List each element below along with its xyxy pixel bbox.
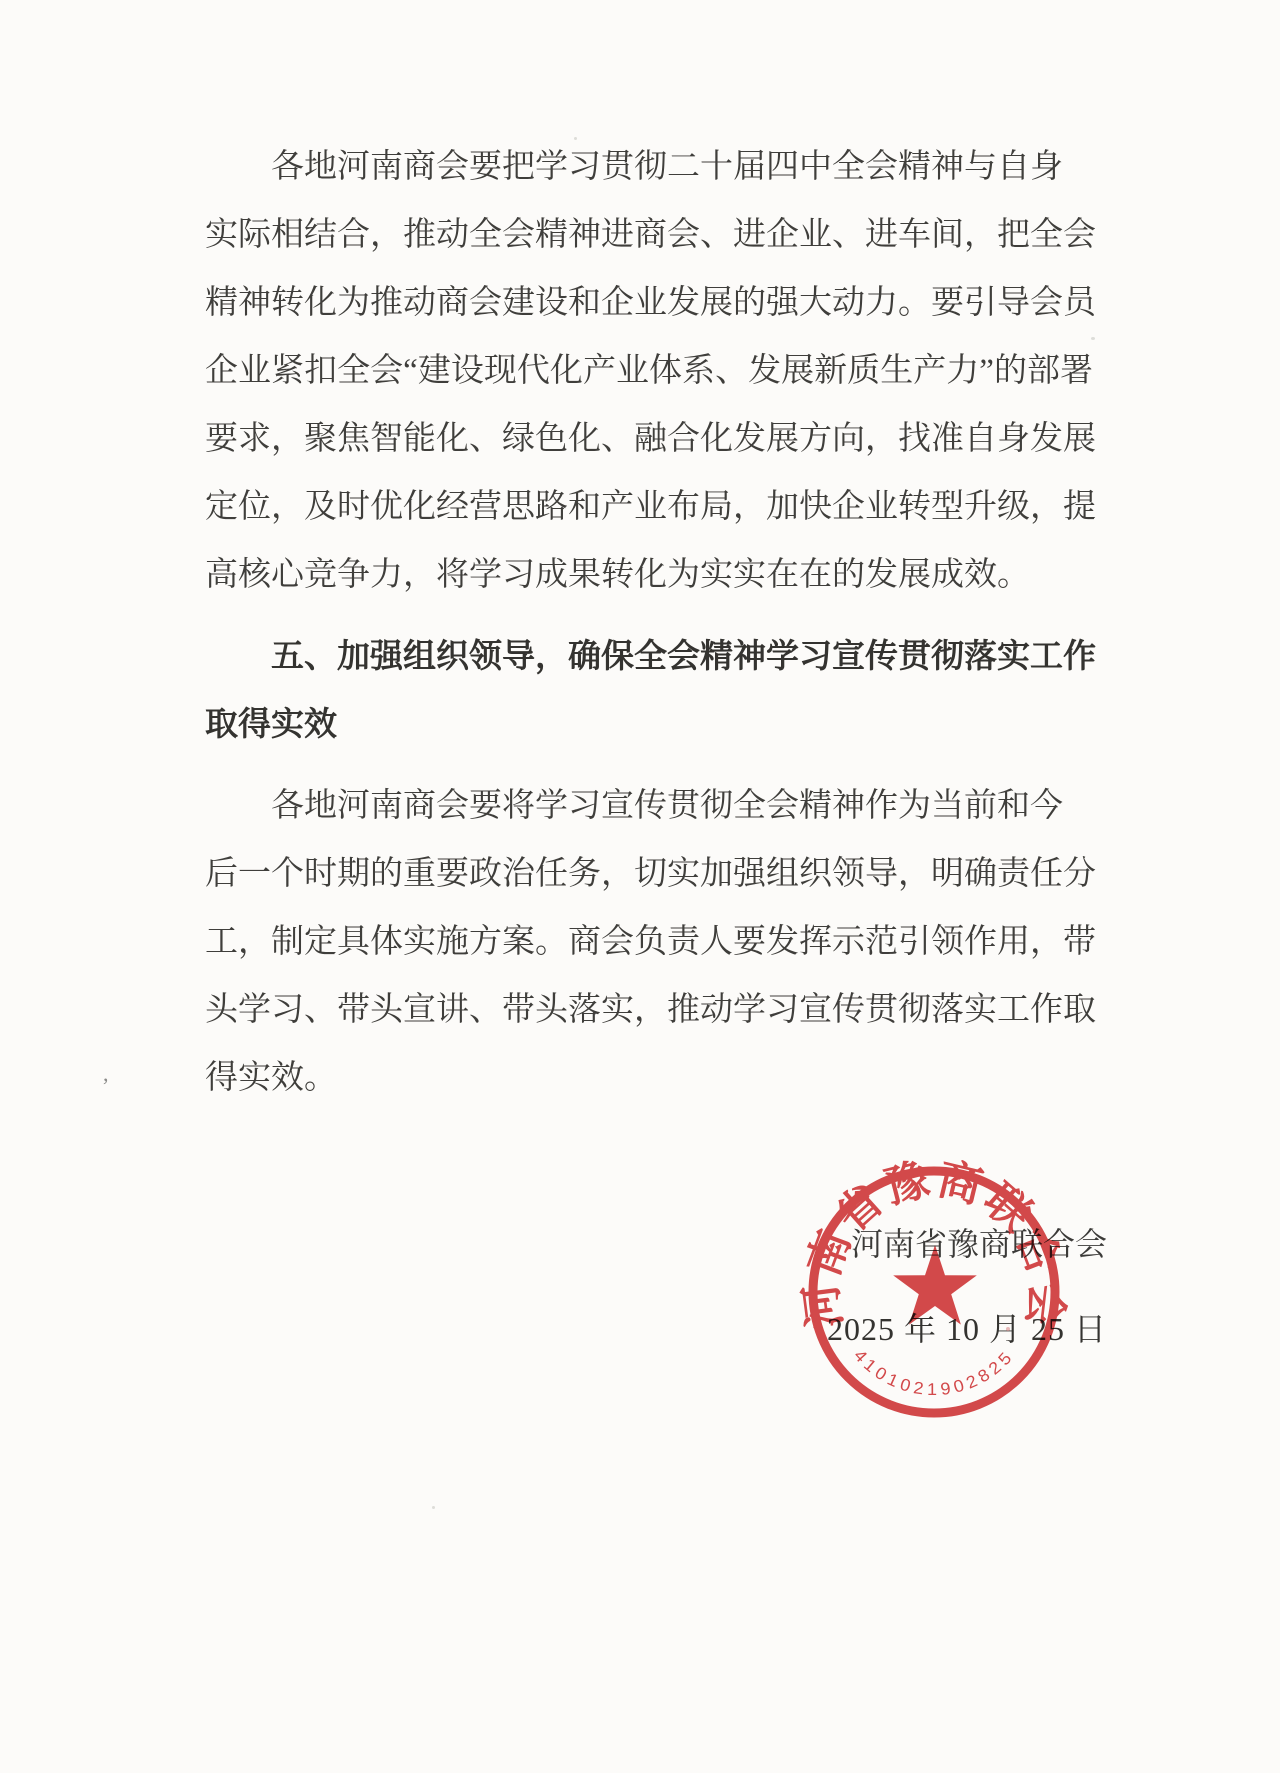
paragraph-2: 各地河南商会要将学习宣传贯彻全会精神作为当前和今 后一个时期的重要政治任务，切实… — [205, 772, 1093, 1112]
paragraph-2-line: 各地河南商会要将学习宣传贯彻全会精神作为当前和今 — [205, 772, 1093, 840]
issuer-signature: 河南省豫商联合会 — [851, 1210, 1107, 1278]
paragraph-1: 各地河南商会要把学习贯彻二十届四中全会精神与自身 实际相结合，推动全会精神进商会… — [205, 133, 1093, 609]
scan-artifact: , — [103, 1068, 111, 1080]
official-seal: 河南省豫商联合会 4101021902825 — [799, 1157, 1069, 1427]
paragraph-1-line: 要求，聚焦智能化、绿色化、融合化发展方向，找准自身发展 — [205, 405, 1093, 473]
scan-speck — [432, 1506, 435, 1509]
paragraph-1-line: 实际相结合，推动全会精神进商会、进企业、进车间，把全会 — [205, 201, 1093, 269]
paragraph-1-line: 企业紧扣全会“建设现代化产业体系、发展新质生产力”的部署 — [205, 337, 1093, 405]
paragraph-2-line: 头学习、带头宣讲、带头落实，推动学习宣传贯彻落实工作取 — [205, 976, 1093, 1044]
section-heading-line: 五、加强组织领导，确保全会精神学习宣传贯彻落实工作 — [205, 623, 1093, 691]
paragraph-1-line: 定位，及时优化经营思路和产业布局，加快企业转型升级，提 — [205, 473, 1093, 541]
paragraph-2-line: 工，制定具体实施方案。商会负责人要发挥示范引领作用，带 — [205, 908, 1093, 976]
document-date: 2025 年 10 月 25 日 — [827, 1295, 1107, 1363]
scan-speck — [1091, 337, 1095, 340]
paragraph-1-line: 精神转化为推动商会建设和企业发展的强大动力。要引导会员 — [205, 269, 1093, 337]
paragraph-1-line: 高核心竞争力，将学习成果转化为实实在在的发展成效。 — [205, 541, 1093, 609]
paragraph-1-line: 各地河南商会要把学习贯彻二十届四中全会精神与自身 — [205, 133, 1093, 201]
section-heading-line: 取得实效 — [205, 691, 1093, 759]
document-body: 各地河南商会要把学习贯彻二十届四中全会精神与自身 实际相结合，推动全会精神进商会… — [205, 133, 1093, 1112]
paragraph-2-line: 得实效。 — [205, 1044, 1093, 1112]
paragraph-2-line: 后一个时期的重要政治任务，切实加强组织领导，明确责任分 — [205, 840, 1093, 908]
seal-ring — [813, 1171, 1055, 1413]
section-heading: 五、加强组织领导，确保全会精神学习宣传贯彻落实工作 取得实效 — [205, 623, 1093, 759]
scanned-document-page: { "page": { "background": "#fcfbf9", "te… — [0, 0, 1280, 1773]
scan-speck — [574, 137, 577, 140]
scan-speck — [1006, 1327, 1010, 1331]
